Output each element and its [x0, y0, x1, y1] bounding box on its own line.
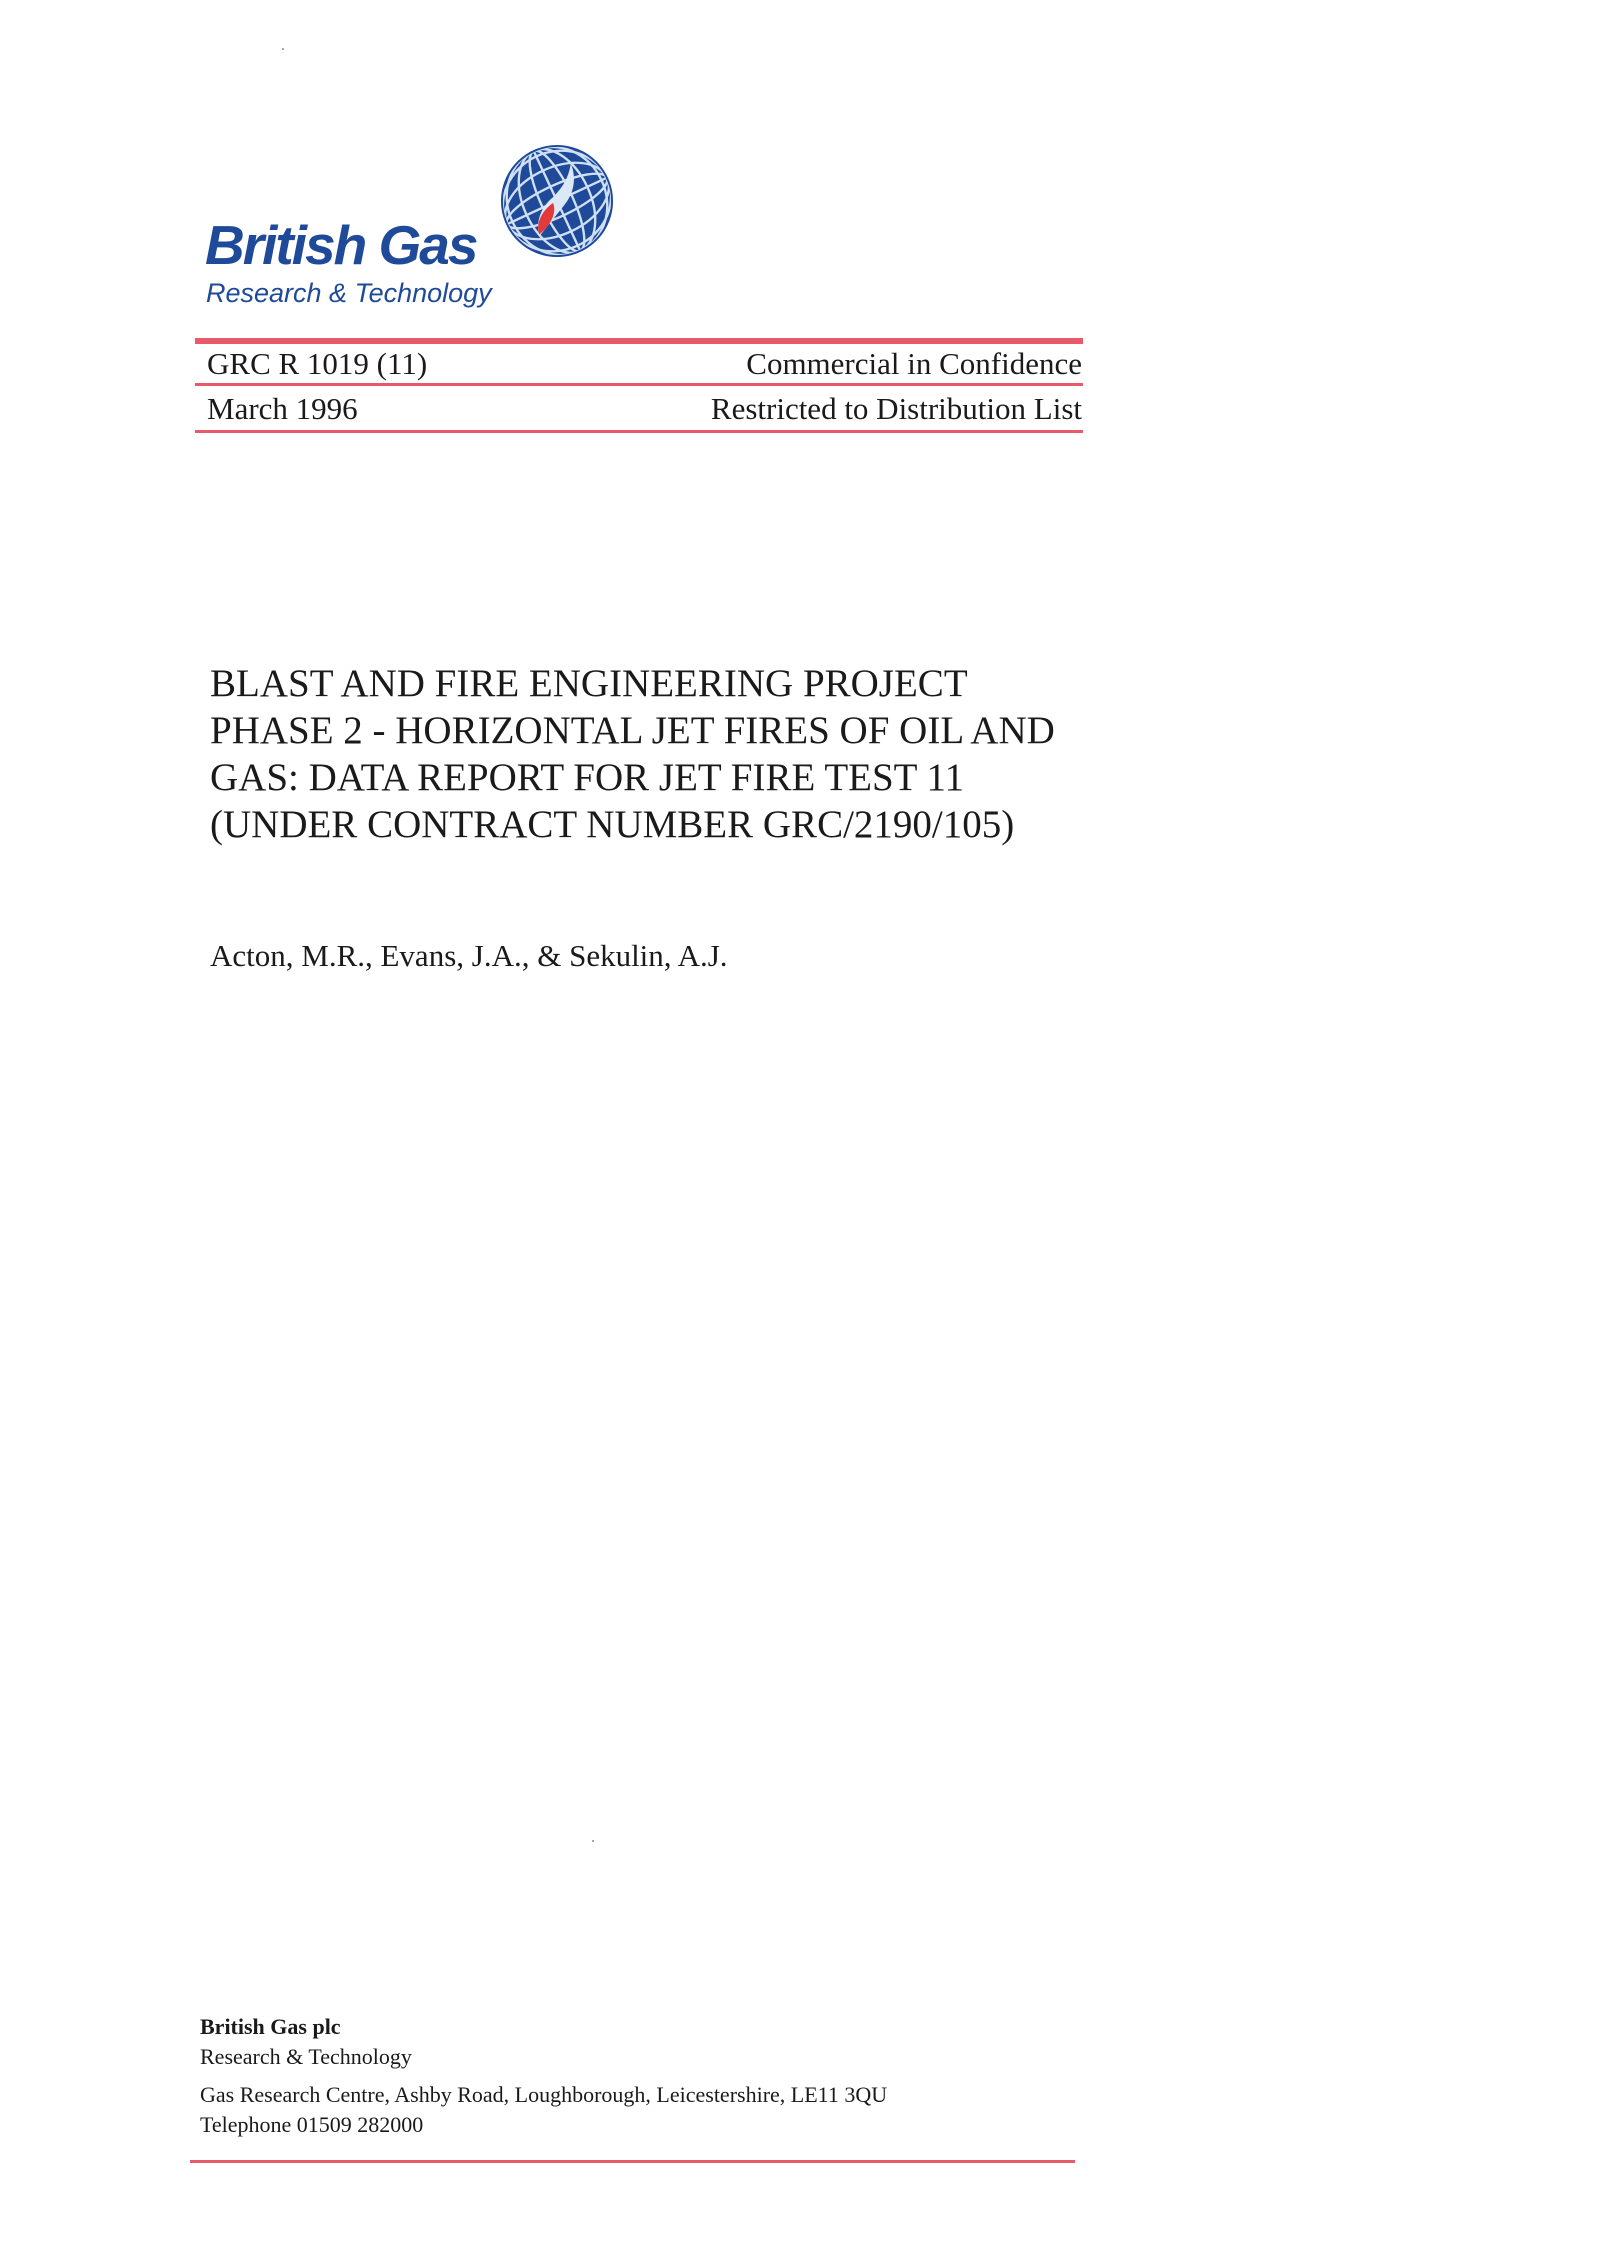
report-title: BLAST AND FIRE ENGINEERING PROJECT PHASE… [210, 660, 1055, 848]
scan-speck [592, 1840, 594, 1842]
report-date: March 1996 [207, 393, 358, 424]
footer-telephone: Telephone 01509 282000 [200, 2110, 887, 2140]
scan-speck [282, 48, 284, 50]
brand-subtitle: Research & Technology [206, 280, 492, 307]
header-rule-bottom [195, 430, 1083, 433]
classification-label: Commercial in Confidence [746, 348, 1082, 379]
footer-address: Gas Research Centre, Ashby Road, Loughbo… [200, 2080, 887, 2110]
report-cover-page: British Gas Research & Technology GRC R … [0, 0, 1597, 2258]
header-rule-top [195, 338, 1083, 344]
brand-wordmark: British Gas [205, 218, 476, 273]
title-line: BLAST AND FIRE ENGINEERING PROJECT [210, 660, 1055, 707]
report-number: GRC R 1019 (11) [207, 348, 427, 379]
distribution-label: Restricted to Distribution List [711, 393, 1082, 424]
globe-flame-icon [498, 142, 616, 260]
header-rule-middle [195, 383, 1083, 386]
footer-division: Research & Technology [200, 2042, 887, 2072]
title-line: (UNDER CONTRACT NUMBER GRC/2190/105) [210, 801, 1055, 848]
footer-rule [190, 2160, 1075, 2163]
title-line: GAS: DATA REPORT FOR JET FIRE TEST 11 [210, 754, 1055, 801]
footer-company: British Gas plc [200, 2012, 887, 2042]
footer-address-block: British Gas plc Research & Technology Ga… [200, 2012, 887, 2140]
authors: Acton, M.R., Evans, J.A., & Sekulin, A.J… [210, 940, 728, 971]
title-line: PHASE 2 - HORIZONTAL JET FIRES OF OIL AN… [210, 707, 1055, 754]
